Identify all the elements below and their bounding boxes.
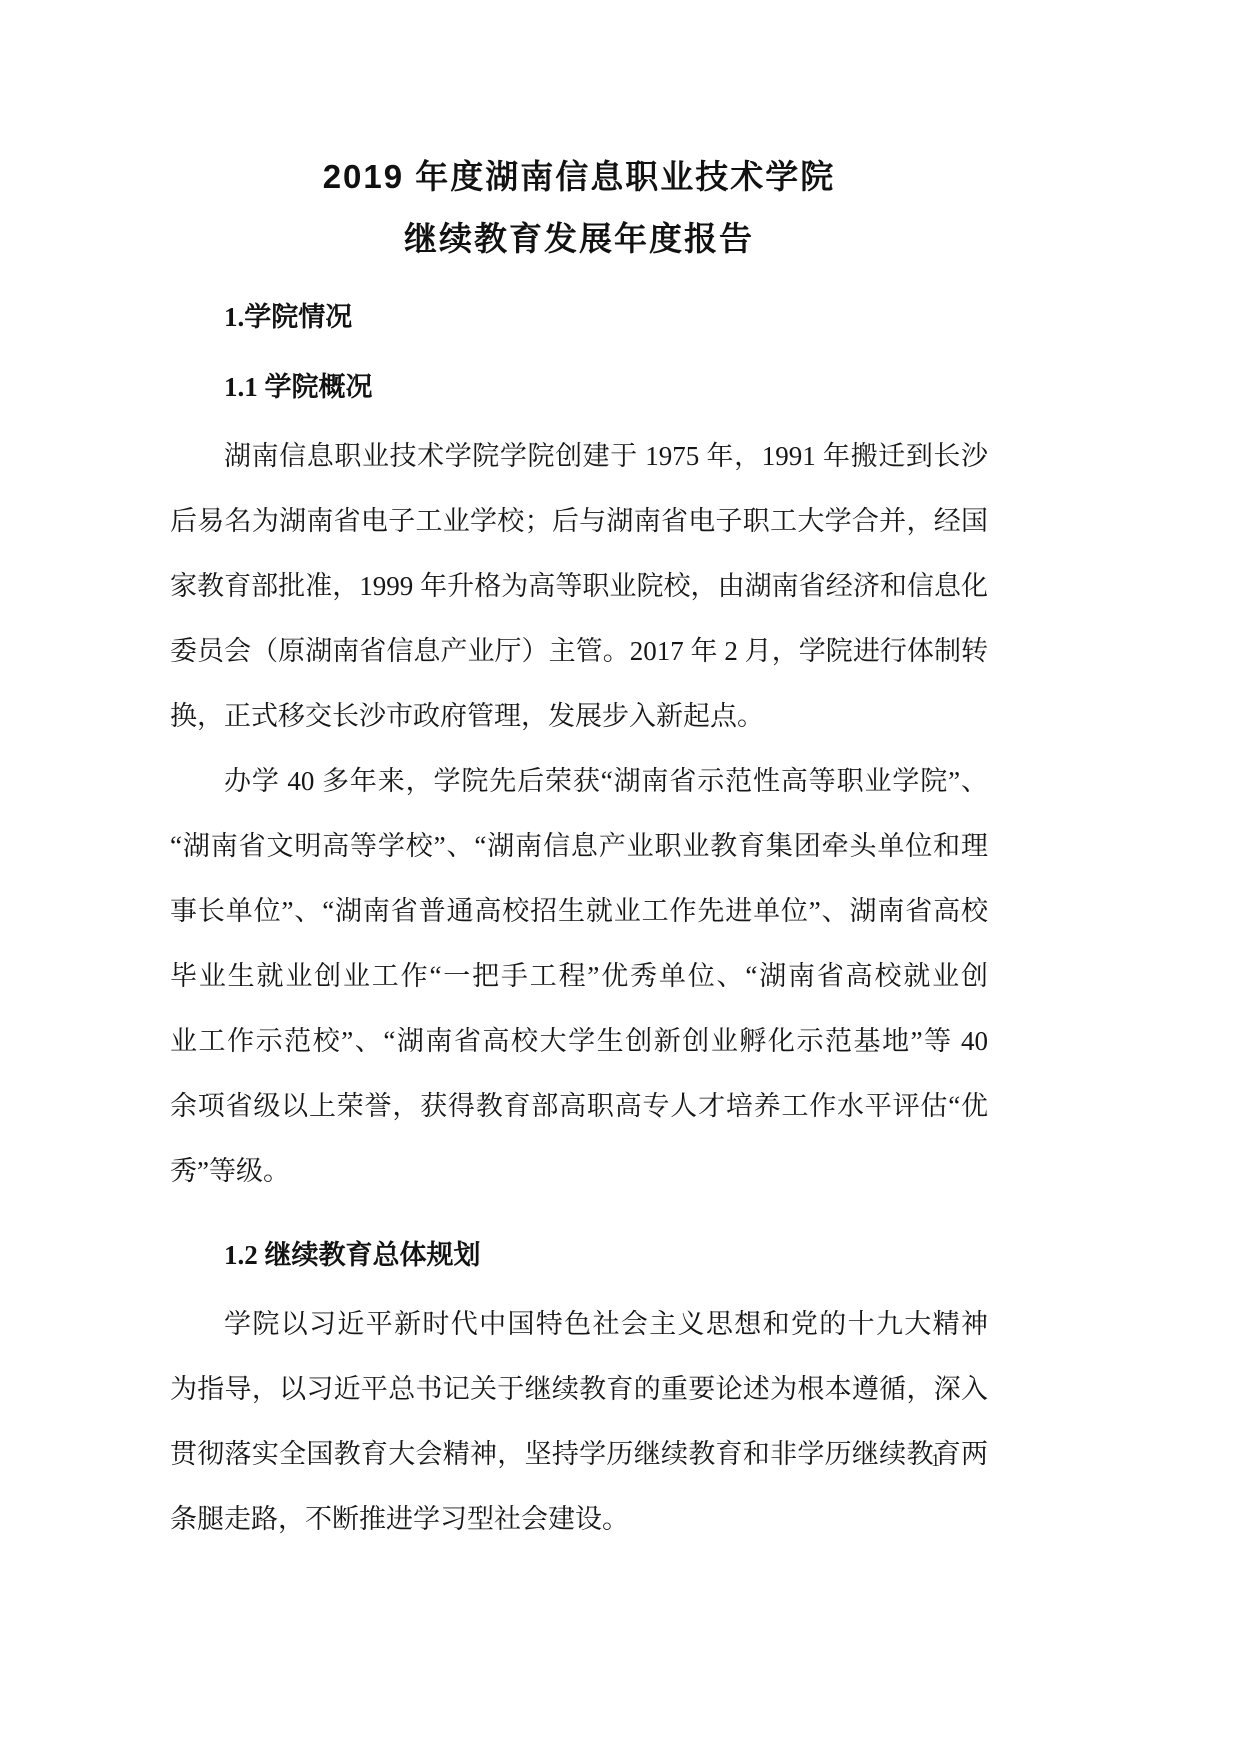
paragraph-1: 湖南信息职业技术学院学院创建于 1975 年，1991 年搬迁到长沙 后易名为湖… (170, 424, 988, 749)
paragraph-line: 湖南信息职业技术学院学院创建于 1975 年，1991 年搬迁到长沙 (170, 424, 988, 489)
page-number: 1 (931, 1448, 940, 1472)
paragraph-line: 事长单位”、“湖南省普通高校招生就业工作先进单位”、湖南省高校 (170, 879, 988, 944)
paragraph-line: 委员会（原湖南省信息产业厅）主管。2017 年 2 月，学院进行体制转 (170, 619, 988, 684)
section-heading-1-1: 1.1 学院概况 (170, 366, 988, 408)
paragraph-line: 为指导，以习近平总书记关于继续教育的重要论述为根本遵循，深入 (170, 1357, 988, 1422)
document-body: 2019 年度湖南信息职业技术学院 继续教育发展年度报告 1.学院情况 1.1 … (170, 0, 988, 1552)
doc-title: 2019 年度湖南信息职业技术学院 继续教育发展年度报告 (170, 146, 988, 270)
paragraph-line: 学院以习近平新时代中国特色社会主义思想和党的十九大精神 (170, 1292, 988, 1357)
section-heading-1-2: 1.2 继续教育总体规划 (170, 1234, 988, 1276)
document-page: 2019 年度湖南信息职业技术学院 继续教育发展年度报告 1.学院情况 1.1 … (0, 0, 1240, 1754)
paragraph-line: 余项省级以上荣誉，获得教育部高职高专人才培养工作水平评估“优 (170, 1074, 988, 1139)
paragraph-line: “湖南省文明高等学校”、“湖南信息产业职业教育集团牵头单位和理 (170, 814, 988, 879)
paragraph-line: 秀”等级。 (170, 1139, 988, 1204)
doc-title-line-1: 2019 年度湖南信息职业技术学院 (170, 146, 988, 208)
paragraph-2: 办学 40 多年来，学院先后荣获“湖南省示范性高等职业学院”、 “湖南省文明高等… (170, 749, 988, 1204)
paragraph-line: 后易名为湖南省电子工业学校；后与湖南省电子职工大学合并，经国 (170, 489, 988, 554)
section-heading-1: 1.学院情况 (170, 296, 988, 338)
paragraph-line: 换，正式移交长沙市政府管理，发展步入新起点。 (170, 684, 988, 749)
paragraph-3: 学院以习近平新时代中国特色社会主义思想和党的十九大精神 为指导，以习近平总书记关… (170, 1292, 988, 1552)
paragraph-line: 贯彻落实全国教育大会精神，坚持学历继续教育和非学历继续教育两 (170, 1422, 988, 1487)
paragraph-line: 家教育部批准，1999 年升格为高等职业院校，由湖南省经济和信息化 (170, 554, 988, 619)
paragraph-line: 毕业生就业创业工作“一把手工程”优秀单位、“湖南省高校就业创 (170, 944, 988, 1009)
paragraph-line: 条腿走路，不断推进学习型社会建设。 (170, 1487, 988, 1552)
paragraph-line: 办学 40 多年来，学院先后荣获“湖南省示范性高等职业学院”、 (170, 749, 988, 814)
doc-title-line-2: 继续教育发展年度报告 (170, 208, 988, 270)
paragraph-line: 业工作示范校”、“湖南省高校大学生创新创业孵化示范基地”等 40 (170, 1009, 988, 1074)
